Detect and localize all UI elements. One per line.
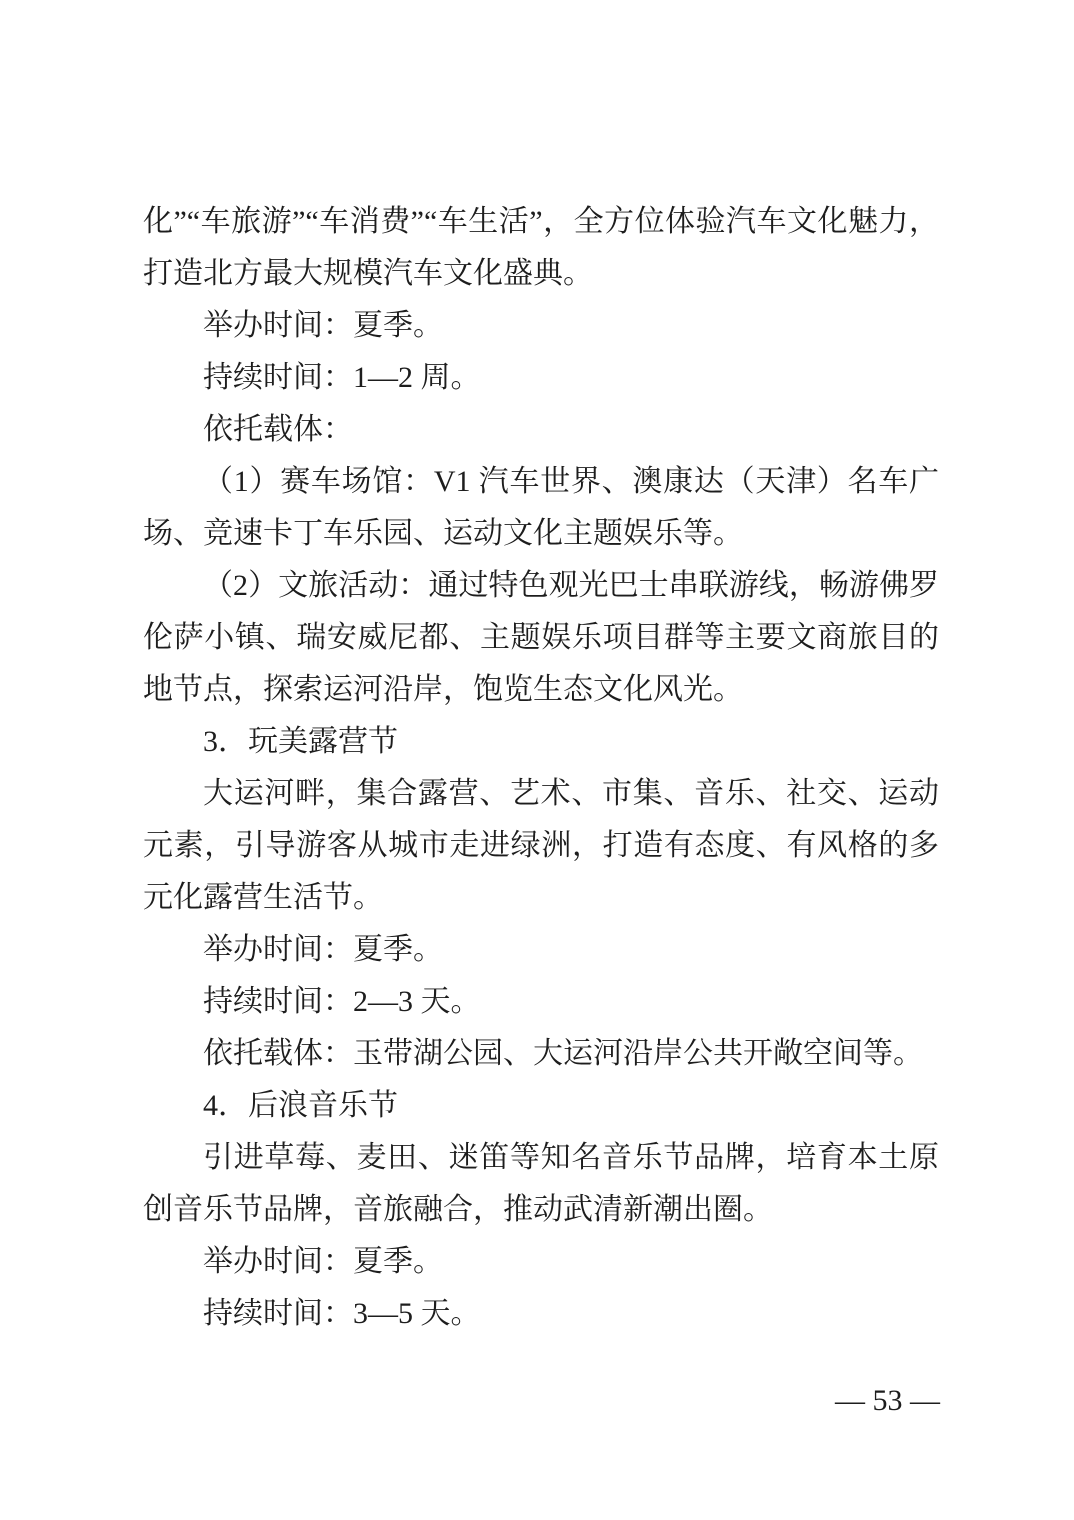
paragraph: 持续时间：2—3 天。 — [143, 976, 939, 1028]
paragraph: 化”“车旅游”“车消费”“车生活”，全方位体验汽车文化魅力，打造北方最大规模汽车… — [143, 196, 939, 300]
paragraph: 举办时间：夏季。 — [143, 300, 939, 352]
section-heading: 4．后浪音乐节 — [143, 1080, 939, 1132]
paragraph: 持续时间：3—5 天。 — [143, 1288, 939, 1340]
paragraph: 引进草莓、麦田、迷笛等知名音乐节品牌，培育本土原创音乐节品牌，音旅融合，推动武清… — [143, 1132, 939, 1236]
paragraph: 依托载体： — [143, 404, 939, 456]
paragraph: 持续时间：1—2 周。 — [143, 352, 939, 404]
paragraph: 大运河畔，集合露营、艺术、市集、音乐、社交、运动元素，引导游客从城市走进绿洲，打… — [143, 768, 939, 924]
paragraph: 举办时间：夏季。 — [143, 1236, 939, 1288]
paragraph: （2）文旅活动：通过特色观光巴士串联游线，畅游佛罗伦萨小镇、瑞安威尼都、主题娱乐… — [143, 560, 939, 716]
document-page: { "page": { "background": "#ffffff", "fo… — [0, 0, 1074, 1520]
paragraph: （1）赛车场馆：V1 汽车世界、澳康达（天津）名车广场、竞速卡丁车乐园、运动文化… — [143, 456, 939, 560]
section-heading: 3．玩美露营节 — [143, 716, 939, 768]
document-body: 化”“车旅游”“车消费”“车生活”，全方位体验汽车文化魅力，打造北方最大规模汽车… — [143, 196, 939, 1340]
paragraph: 依托载体：玉带湖公园、大运河沿岸公共开敞空间等。 — [143, 1028, 939, 1080]
paragraph: 举办时间：夏季。 — [143, 924, 939, 976]
page-number: — 53 — — [835, 1383, 940, 1419]
